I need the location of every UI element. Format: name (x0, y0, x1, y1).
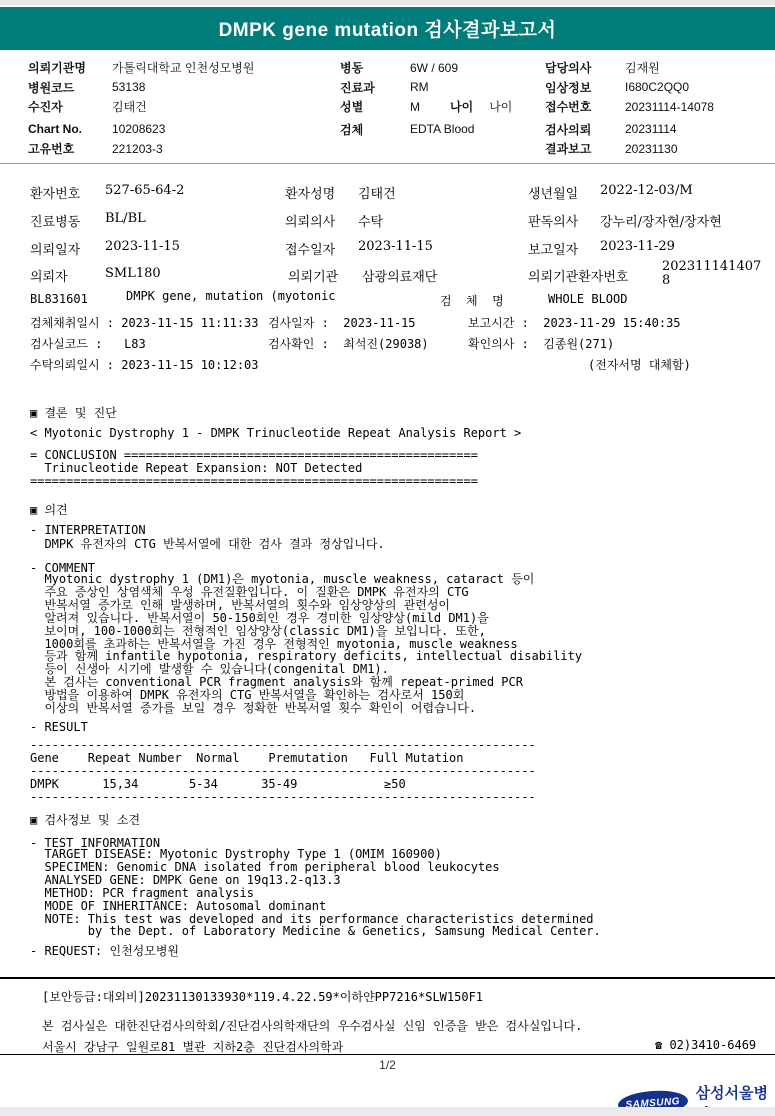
header-field-sex-age: 성별 M 나이 나이 (340, 97, 512, 117)
page-title: DMPK gene mutation 검사결과보고서 (219, 15, 557, 42)
top-gray-strip (0, 0, 775, 5)
request-datetime: 수탁의뢰일시 : 2023-11-15 10:12:03 (30, 356, 259, 373)
birthdate-label: 생년월일 (528, 183, 578, 202)
header-field: 병원코드53138 (28, 78, 254, 98)
request-org-label: 의뢰기관 (288, 266, 338, 285)
patient-number-label: 환자번호 (30, 183, 80, 202)
patient-name-value: 김태건 (358, 183, 396, 202)
test-verified-by: 검사확인 : 최석진(29038) (268, 335, 429, 352)
footer-bottom-line (0, 1054, 775, 1055)
field-value: 20231114-14078 (625, 100, 714, 114)
header-field: 결과보고20231130 (545, 139, 714, 159)
field-value: RM (410, 80, 429, 94)
header-field: 접수번호20231114-14078 (545, 97, 714, 117)
age-label: 나이 (450, 98, 473, 115)
opinion-section-heading: ▣ 의견 (30, 501, 68, 518)
receipt-date-value: 2023-11-15 (358, 239, 433, 254)
field-label: 임상정보 (545, 79, 625, 96)
header-field: Chart No.10208623 (28, 120, 254, 140)
request-date-label: 의뢰일자 (30, 239, 80, 258)
referring-doctor-label: 의뢰의사 (285, 211, 335, 230)
report-time: 보고시간 : 2023-11-29 15:40:35 (468, 314, 681, 331)
field-label: 의뢰기관명 (28, 59, 112, 76)
ward-label: 진료병동 (30, 211, 80, 230)
header-field: 의뢰기관명가톨릭대학교 인천성모병원 (28, 58, 254, 78)
result-table: ----------------------------------------… (30, 739, 536, 804)
test-name: DMPK gene, mutation (myotonic (126, 289, 336, 303)
field-label: 담당의사 (545, 59, 625, 76)
header-field: 임상정보I680C2QQ0 (545, 78, 714, 98)
collected-datetime: 검체채취일시 : 2023-11-15 11:11:33 (30, 314, 259, 331)
reading-doctor-label: 판독의사 (528, 211, 578, 230)
org-patient-number-label: 의뢰기관환자번호 (528, 266, 628, 285)
field-label: 검체 (340, 121, 410, 138)
report-date-label: 보고일자 (528, 239, 578, 258)
field-value: 김재원 (625, 59, 660, 76)
test-info-section-heading: ▣ 검사정보 및 소견 (30, 811, 140, 828)
org-patient-number-value: 2023111414078 (662, 260, 768, 288)
field-value: 221203-3 (112, 142, 163, 156)
result-label: - RESULT (30, 720, 88, 734)
electronic-signature-note: (전자서명 대체함) (588, 356, 691, 373)
interpretation-text: DMPK 유전자의 CTG 반복서열에 대한 검사 결과 정상입니다. (30, 535, 385, 552)
request-org-value: 삼광의료재단 (362, 266, 437, 285)
page-number: 1/2 (0, 1058, 775, 1072)
field-value: M (410, 100, 420, 114)
report-date-value: 2023-11-29 (600, 239, 675, 254)
field-label: 접수번호 (545, 98, 625, 115)
report-page: DMPK gene mutation 검사결과보고서 의뢰기관명가톨릭대학교 인… (0, 0, 775, 1116)
age-value: 나이 (489, 98, 512, 115)
conclusion-section-heading: ▣ 결론 및 진단 (30, 404, 117, 421)
report-title-bar: DMPK gene mutation 검사결과보고서 (0, 7, 775, 50)
test-code: BL831601 (30, 292, 88, 306)
field-value: 20231130 (625, 142, 678, 156)
field-label: 고유번호 (28, 140, 112, 157)
security-string: [보안등급:대외비]20231130133930*119.4.22.59*이하얀… (42, 988, 483, 1005)
lab-code: 검사실코드 : L83 (30, 335, 146, 352)
field-value: 가톨릭대학교 인천성모병원 (112, 59, 254, 76)
conclusion-block: = CONCLUSION ===========================… (30, 449, 478, 488)
specimen-label: 검 체 명 (440, 292, 504, 309)
certification-text: 본 검사실은 대한진단검사의학회/진단검사의학재단의 우수검사실 신임 인증을 … (42, 1017, 582, 1034)
request-date-value: 2023-11-15 (105, 239, 180, 254)
test-info-text: TARGET DISEASE: Myotonic Dystrophy Type … (30, 848, 601, 938)
header-field: 검사의뢰20231114 (545, 120, 714, 140)
field-label: 병원코드 (28, 79, 112, 96)
field-value: 20231114 (625, 122, 677, 136)
request-hospital: - REQUEST: 인천성모병원 (30, 942, 179, 959)
header-field: 수진자김태건 (28, 97, 254, 117)
specimen-value: WHOLE BLOOD (548, 292, 627, 306)
requester-label: 의뢰자 (30, 266, 68, 285)
comment-text: Myotonic dystrophy 1 (DM1)은 myotonia, mu… (30, 573, 582, 715)
referring-doctor-value: 수탁 (358, 211, 383, 230)
field-label: 결과보고 (545, 140, 625, 157)
field-value: 6W / 609 (410, 61, 458, 75)
header-field: 진료과RM (340, 78, 512, 98)
field-label: 검사의뢰 (545, 121, 625, 138)
header-divider-line (0, 163, 775, 164)
field-label: 병동 (340, 59, 410, 76)
footer-top-line (0, 977, 775, 979)
ward-value: BL/BL (105, 211, 146, 226)
bottom-gray-strip (0, 1107, 775, 1116)
receipt-date-label: 접수일자 (285, 239, 335, 258)
field-label: 성별 (340, 98, 410, 115)
requester-value: SML180 (105, 266, 161, 281)
header-info-col2: 병동6W / 609 진료과RM 성별 M 나이 나이 검체EDTA Blood (340, 58, 512, 139)
test-date: 검사일자 : 2023-11-15 (268, 314, 416, 331)
report-subtitle: < Myotonic Dystrophy 1 - DMPK Trinucleot… (30, 426, 521, 440)
field-value: EDTA Blood (410, 122, 474, 136)
field-label: 진료과 (340, 79, 410, 96)
confirm-doctor: 확인의사 : 김종원(271) (468, 335, 614, 352)
header-info-col1: 의뢰기관명가톨릭대학교 인천성모병원 병원코드53138 수진자김태건 Char… (28, 58, 254, 159)
header-info-col3: 담당의사김재원 임상정보I680C2QQ0 접수번호20231114-14078… (545, 58, 714, 159)
field-label: Chart No. (28, 122, 112, 136)
field-label: 수진자 (28, 98, 112, 115)
header-field: 담당의사김재원 (545, 58, 714, 78)
field-value: I680C2QQ0 (625, 80, 689, 94)
reading-doctor-value: 강누리/장자현/장자현 (600, 211, 722, 230)
header-field: 검체EDTA Blood (340, 120, 512, 140)
lab-phone: ☎ 02)3410-6469 (655, 1038, 756, 1052)
header-field: 고유번호221203-3 (28, 139, 254, 159)
field-value: 김태건 (112, 98, 147, 115)
birthdate-value: 2022-12-03/M (600, 183, 693, 198)
patient-name-label: 환자성명 (285, 183, 335, 202)
lab-address: 서울시 강남구 일원로81 별관 지하2층 진단검사의학과 (42, 1038, 343, 1055)
field-value: 10208623 (112, 122, 165, 136)
header-field: 병동6W / 609 (340, 58, 512, 78)
patient-number-value: 527-65-64-2 (105, 183, 184, 198)
field-value: 53138 (112, 80, 145, 94)
